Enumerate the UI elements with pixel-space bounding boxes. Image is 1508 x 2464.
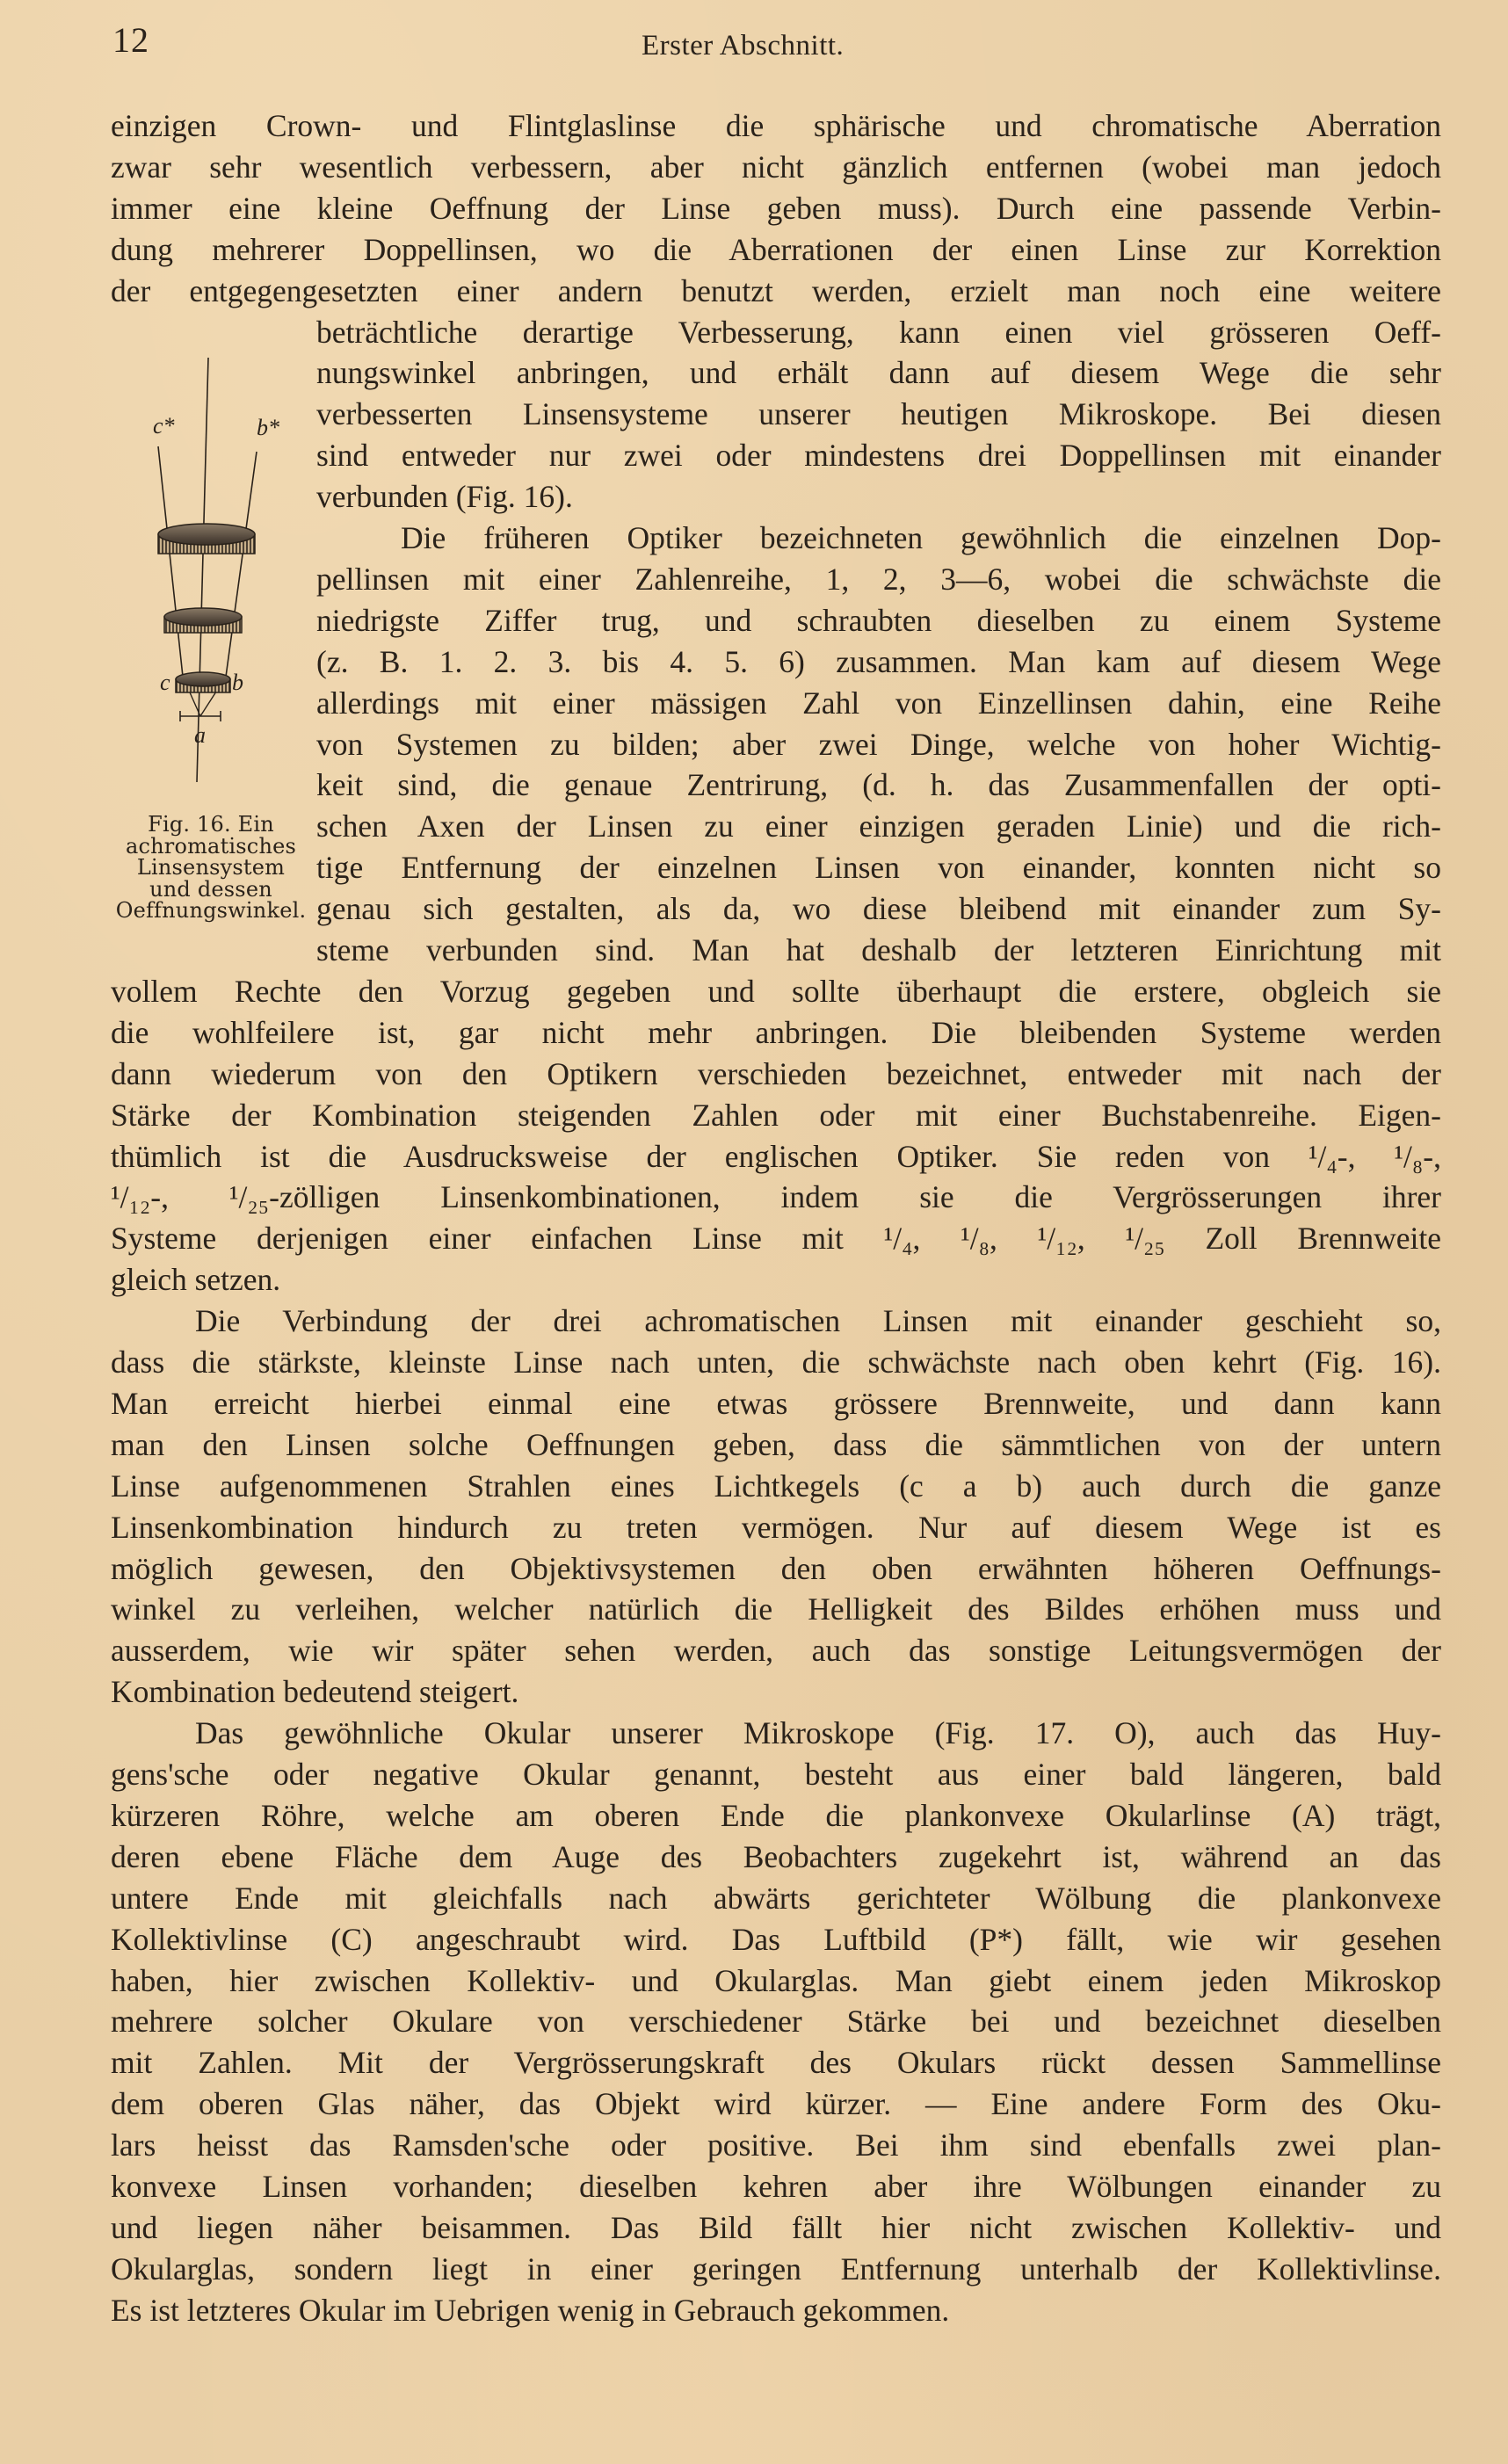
text-line: tige Entfernung der einzelnen Linsen von… (316, 847, 1441, 888)
text-line: gleich setzen. (111, 1259, 1441, 1301)
text-line: sind entweder nur zwei oder mindestens d… (316, 435, 1441, 476)
text-line: Kollektivlinse (C) angeschraubt wird. Da… (111, 1919, 1441, 1960)
text-line: von Systemen zu bilden; aber zwei Dinge,… (316, 724, 1441, 765)
figure-label-a: a (194, 722, 206, 749)
text-line: gens'sche oder negative Okular genannt, … (111, 1754, 1441, 1795)
figure-16-lens-system: c* b* c b a (105, 343, 334, 808)
figure-label-c-star: c* (153, 413, 175, 439)
text-line: verbunden (Fig. 16). (316, 476, 1441, 518)
text-line: beträchtliche derartige Verbesserung, ka… (316, 312, 1441, 353)
text-line: Es ist letzteres Okular im Uebrigen weni… (111, 2290, 1441, 2331)
text-line: man den Linsen solche Oeffnungen geben, … (111, 1424, 1441, 1466)
text-line: haben, hier zwischen Kollektiv- und Okul… (111, 1960, 1441, 2002)
lens-system-diagram-icon (105, 343, 334, 808)
text-line: dung mehrerer Doppellinsen, wo die Aberr… (111, 229, 1441, 271)
text-line: nungswinkel anbringen, und erhält dann a… (316, 352, 1441, 394)
text-line: dem oberen Glas näher, das Objekt wird k… (111, 2084, 1441, 2125)
text-line: allerdings mit einer mässigen Zahl von E… (316, 683, 1441, 724)
text-line: Die Verbindung der drei achromatischen L… (111, 1301, 1441, 1342)
text-line: verbesserten Linsensysteme unserer heuti… (316, 394, 1441, 435)
text-line: der entgegengesetzten einer andern benut… (111, 271, 1441, 312)
text-line: winkel zu verleihen, welcher natürlich d… (111, 1589, 1441, 1630)
figure-label-c: c (160, 670, 170, 696)
text-line: vollem Rechte den Vorzug gegeben und sol… (111, 971, 1441, 1012)
text-line: und liegen näher beisammen. Das Bild fäl… (111, 2207, 1441, 2249)
text-line: Stärke der Kombination steigenden Zahlen… (111, 1095, 1441, 1136)
figure-label-b-star: b* (257, 415, 279, 441)
text-line: mit Zahlen. Mit der Vergrösserungskraft … (111, 2042, 1441, 2084)
page-number: 12 (112, 19, 149, 61)
caption-line: achromatisches (111, 836, 311, 858)
text-line: deren ebene Fläche dem Auge des Beobacht… (111, 1837, 1441, 1878)
text-line: konvexe Linsen vorhanden; dieselben kehr… (111, 2166, 1441, 2207)
text-line: Linse aufgenommenen Strahlen eines Licht… (111, 1466, 1441, 1507)
text-line: thümlich ist die Ausdrucksweise der engl… (111, 1136, 1441, 1178)
text-line: (z. B. 1. 2. 3. bis 4. 5. 6) zusammen. M… (316, 641, 1441, 683)
text-line: untere Ende mit gleichfalls nach abwärts… (111, 1878, 1441, 1919)
text-line: ausserdem, wie wir später sehen werden, … (111, 1630, 1441, 1671)
text-line: die wohlfeilere ist, gar nicht mehr anbr… (111, 1012, 1441, 1054)
text-line: Systeme derjenigen einer einfachen Linse… (111, 1218, 1441, 1259)
figure-label-b: b (232, 670, 243, 696)
text-line: immer eine kleine Oeffnung der Linse geb… (111, 188, 1441, 229)
text-line: mehrere solcher Okulare von verschiedene… (111, 2001, 1441, 2042)
text-line: lars heisst das Ramsden'sche oder positi… (111, 2125, 1441, 2166)
text-line: niedrigste Ziffer trug, und schraubten d… (316, 600, 1441, 641)
text-line: steme verbunden sind. Man hat deshalb de… (316, 930, 1441, 971)
caption-line: Oeffnungswinkel. (111, 900, 311, 922)
figure-caption: Fig. 16. Ein achromatisches Linsensystem… (111, 814, 311, 922)
text-line: Okularglas, sondern liegt in einer gerin… (111, 2249, 1441, 2290)
caption-line: Linsensystem (111, 857, 311, 879)
text-line: genau sich gestalten, als da, wo diese b… (316, 888, 1441, 930)
text-line: kürzeren Röhre, welche am oberen Ende di… (111, 1795, 1441, 1837)
text-line: Die früheren Optiker bezeichneten gewöhn… (316, 518, 1441, 559)
caption-line: Fig. 16. Ein (111, 814, 311, 836)
text-line: Linsenkombination hindurch zu treten ver… (111, 1507, 1441, 1548)
text-line: zwar sehr wesentlich verbessern, aber ni… (111, 147, 1441, 188)
text-line: einzigen Crown- und Flintglaslinse die s… (111, 105, 1441, 147)
text-line: Das gewöhnliche Okular unserer Mikroskop… (111, 1713, 1441, 1754)
text-line: Kombination bedeutend steigert. (111, 1671, 1441, 1713)
text-line: keit sind, die genaue Zentrirung, (d. h.… (316, 765, 1441, 806)
text-line: pellinsen mit einer Zahlenreihe, 1, 2, 3… (316, 559, 1441, 600)
text-line: schen Axen der Linsen zu einer einzigen … (316, 806, 1441, 847)
text-line: dass die stärkste, kleinste Linse nach u… (111, 1342, 1441, 1383)
text-line: dann wiederum von den Optikern verschied… (111, 1054, 1441, 1095)
caption-line: und dessen (111, 879, 311, 901)
running-head: Erster Abschnitt. (642, 30, 844, 62)
text-line: möglich gewesen, den Objektivsystemen de… (111, 1548, 1441, 1590)
text-line: ¹/₁₂-, ¹/₂₅-zölligen Linsenkombinationen… (111, 1177, 1441, 1218)
text-line: Man erreicht hierbei einmal eine etwas g… (111, 1383, 1441, 1424)
